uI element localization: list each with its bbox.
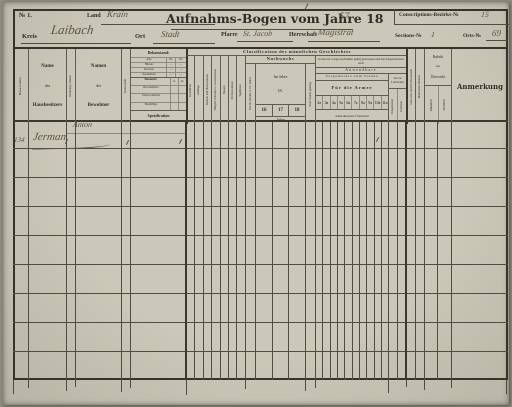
col-header-apartment-number: Wohnungs-Numer [66, 49, 75, 124]
apartment-number-label: Wohnungs-Numer [69, 75, 72, 97]
herrschaft-label: Herrschaft [289, 32, 317, 38]
land-label: Land [87, 13, 101, 19]
orts-label: Orts-№ [463, 33, 481, 39]
nachwuchs-center: Im Jahre 18.. [255, 64, 305, 104]
age-col: 7a [351, 96, 358, 109]
currency-kr: kr. [178, 78, 186, 85]
age-class-row: 2a 3a 4a 5a 6a 7a 8a 9a 10a 11a [315, 96, 388, 110]
rubrik-cols: Männlich Weiblich [425, 86, 451, 124]
scan-line-stub [75, 380, 76, 387]
bemerkt-value-cell [178, 94, 186, 101]
occupation-col: Taglöhner [236, 56, 245, 124]
occupation-label: Professionisten [231, 81, 234, 99]
ort-label: Ort [135, 33, 145, 40]
nachwuchs-center-mid: 18.. [278, 89, 284, 93]
classification-note: In den bei voriger Aufnahme gültig gewes… [315, 56, 406, 68]
rubrik-title: Rubrik zur Übersicht [425, 49, 451, 86]
rubrik-box: Rubrik zur Übersicht Männlich Weiblich [424, 49, 451, 124]
landwehr-cols: Vorgemerkte Gediente [389, 89, 406, 124]
hausbesitzer-line3: Hausbesitzers [33, 103, 63, 109]
bemerkt-row: Unbewohnbare [131, 94, 186, 102]
behaustand-title: Behaustand: [131, 49, 186, 58]
orts-underline [486, 40, 507, 41]
rubrik-line2: zur [436, 65, 440, 69]
paper-sheet: № 1. Land Krain Aufnahms-Bogen vom Jahre… [3, 2, 509, 405]
nachwuchs-right-col: Zum Stande gehörig [305, 64, 315, 124]
scan-line-stub [424, 380, 425, 390]
landwehr-col-label: Vorgemerkte [391, 99, 394, 114]
bemerkt-row-label: Bewohnbare [131, 86, 170, 93]
grid-vertical-lines [28, 122, 29, 380]
table-body-grid [13, 122, 508, 380]
souls-count-label: Seelen-Zahl [124, 79, 127, 94]
occupation-label: Bauern [223, 85, 226, 94]
conscription-value-handwriting: 15 [480, 10, 489, 19]
landwehr-col: Gediente [397, 89, 406, 124]
bemerkt-label: Bemerkt: [131, 78, 170, 85]
year-17: 17 [278, 108, 283, 114]
sections-label: Sections-№ [395, 33, 422, 39]
occupation-label: Beamte und Honoratioren [206, 74, 209, 105]
landwehr-box: Ab zu Landwehr Vorgemerkte Gediente [388, 74, 406, 124]
bemerkt-value-cell [170, 94, 178, 101]
scan-line-stub [305, 380, 306, 391]
rubrik-line1: Rubrik [433, 55, 444, 59]
occupation-label: Taglöhner [239, 84, 242, 97]
occupation-col: Geistliche [186, 56, 194, 124]
orts-value-handwriting: 69 [491, 28, 501, 38]
grid-bold-line [185, 122, 187, 380]
form-number: № 1. [19, 12, 32, 19]
year-handwriting: 57 [338, 11, 350, 22]
nachwuchs-year-col: 16 [255, 104, 272, 116]
age-col: 4a [330, 96, 337, 109]
classification-note-text: In den bei voriger Aufnahme gültig gewes… [318, 58, 404, 65]
age-col: 6a [344, 96, 351, 109]
hausbesitzer-line1: Name [41, 64, 54, 70]
occupation-col: Professionisten [228, 56, 236, 124]
grid-bold-line [405, 122, 407, 380]
age-col: 8a [359, 96, 366, 109]
scanned-census-form: № 1. Land Krain Aufnahms-Bogen vom Jahre… [0, 0, 512, 407]
entry-name-line2-handwriting: Jerman [32, 131, 67, 143]
nachwuchs-year-col: 18 [288, 104, 305, 116]
rubrik-col: Weiblich [438, 86, 452, 124]
occupation-label: Geistliche [189, 84, 192, 97]
occupation-col: Bauern [220, 56, 228, 124]
age-col: 10a [373, 96, 380, 109]
landwehr-col: Vorgemerkte [389, 89, 397, 124]
col-header-anmerkung: Anmerkung [451, 49, 508, 124]
classification-title: Classification des männlichen Geschlecht… [186, 49, 406, 56]
nachwuchs-title: Nachwuchs [245, 56, 315, 64]
spezification-label: Spezification [131, 110, 186, 121]
scan-line-stub [186, 380, 187, 395]
age-col: 5a [337, 96, 344, 109]
armee-text: Für die Armee [332, 86, 373, 91]
col-header-souls-count: Seelen-Zahl [121, 49, 130, 124]
armee-header: Für die Armee [315, 81, 388, 96]
anwendbare-text: Anwendbare [345, 68, 376, 72]
rubrik-col: Männlich [425, 86, 438, 124]
age-col: 9a [366, 96, 373, 109]
absent-label: Vom Orte zeitlich Abwesende [410, 69, 413, 105]
bewohner-line2: der [96, 84, 101, 88]
behaustand-mini-table: Alte 18.. 18.. Häuser — — Kirchen — — [131, 58, 186, 78]
landwehr-title: Ab zu Landwehr [389, 74, 406, 89]
anmerkung-text: Anmerkung [457, 83, 503, 91]
nachwuchs-title-text: Nachwuchs [267, 57, 294, 62]
col-header-bewohner: Namen der Bewohner [75, 49, 121, 124]
herrschaft-underline [308, 41, 380, 42]
pfarre-label: Pfarre [221, 32, 238, 38]
pfarre-value-handwriting: St. Jacob [242, 29, 273, 38]
scan-line-stub [130, 380, 131, 388]
classification-title-text: Classification des männlichen Geschlecht… [243, 50, 351, 55]
uebersicht-text: Altersklassen-Übersicht [335, 115, 369, 119]
behaustand-row-v2: — [175, 73, 186, 77]
vorgemerkte-text: Vorgemerkte zum Stande [326, 75, 379, 79]
scan-line-stub [13, 380, 14, 394]
partial-row-line [66, 133, 186, 134]
scan-line-stub [245, 380, 246, 389]
scan-line-stub [66, 380, 67, 391]
rubrik-col-label: Männlich [430, 99, 433, 111]
bemerkt-row: Baufällige [131, 103, 186, 110]
kreis-label: Kreis [22, 33, 37, 40]
rubrik-line3: Übersicht [431, 75, 446, 79]
entry-name-line1-handwriting: Anton [72, 120, 92, 129]
nachwuchs-center-top: Im Jahre [274, 75, 288, 79]
nachwuchs-year-col: 17 [272, 104, 288, 116]
currency-fl: fl. [170, 78, 178, 85]
col-header-hausbesitzer: Name des Hausbesitzers [28, 49, 66, 124]
landwehr-col-label: Gediente [400, 101, 403, 112]
nachwuchs-left-label: Die bis Herbst d. 18. Jahres [249, 77, 252, 110]
conscription-label: Conscriptions-Bezirks-№ [399, 12, 459, 18]
bemerkt-value-cell [178, 103, 186, 110]
scan-line-stub [315, 380, 316, 388]
occupation-label: Adelige [197, 85, 200, 95]
age-col: 11a [381, 96, 388, 109]
col-absent: Vom Orte zeitlich Abwesende [406, 49, 415, 124]
scan-line-stub [28, 380, 29, 388]
kreis-value-handwriting: Laibach [50, 22, 95, 38]
page-title: Aufnahms-Bogen vom Jahre 18 [166, 11, 384, 26]
on-leave-label: Beurlaubte Militärs [418, 75, 421, 98]
table-header: Haus-Numer Name des Hausbesitzers Wohnun… [13, 47, 508, 122]
bemerkt-row-label: Baufällige [131, 103, 170, 110]
herrschaft-value-handwriting: Magistrat [317, 27, 354, 37]
bemerkt-value-cell [178, 86, 186, 93]
scan-line-stub [506, 380, 507, 394]
scan-line-stub [451, 380, 452, 388]
scan-line-stub [406, 380, 407, 387]
col-header-house-number: Haus-Numer [13, 49, 28, 124]
bemerkt-box: Bemerkt: fl. kr. Bewohnbare Unbewohnbare [131, 78, 186, 110]
col-header-house-number-label: Haus-Numer [19, 77, 23, 95]
bemerkt-value-cell [170, 86, 178, 93]
year-16: 16 [262, 108, 267, 114]
col-on-leave: Beurlaubte Militärs [415, 49, 424, 124]
bewohner-line3: Bewohner [88, 103, 110, 109]
entry-house-number-handwriting: 134 [13, 136, 25, 144]
pfarre-underline [237, 41, 293, 42]
land-value-handwriting: Krain [106, 9, 128, 19]
occupation-col: Bürgerl. Künstler u. Gewerbsleute [211, 56, 220, 124]
rubrik-col-label: Weiblich [443, 99, 446, 110]
behaustand-block: Behaustand: Alte 18.. 18.. Häuser — — Ki… [130, 49, 186, 124]
year-18: 18 [295, 108, 300, 114]
vorgemerkte-header: Vorgemerkte zum Stande [315, 74, 388, 81]
bemerkt-row-label: Unbewohnbare [131, 94, 170, 101]
occupation-label: Bürgerl. Künstler u. Gewerbsleute [214, 69, 217, 110]
occupation-col: Beamte und Honoratioren [203, 56, 211, 124]
hausbesitzer-line2: des [45, 84, 50, 88]
kreis-underline [21, 43, 131, 44]
scan-line-stub [388, 380, 389, 393]
bemerkt-value-cell [170, 103, 178, 110]
ort-value-handwriting: Stadt [160, 29, 180, 39]
conscription-box: Conscriptions-Bezirks-№ 15 [394, 9, 509, 25]
nachwuchs-right-label: Zum Stande gehörig [309, 82, 312, 107]
nachwuchs-left-col: Die bis Herbst d. 18. Jahres [245, 64, 255, 124]
age-col: 3a [322, 96, 329, 109]
behaustand-row-v1: — [166, 73, 175, 77]
scan-line-stub [121, 380, 122, 392]
bewohner-line1: Namen [91, 64, 106, 70]
ort-underline [153, 43, 215, 44]
occupation-col: Adelige [194, 56, 203, 124]
